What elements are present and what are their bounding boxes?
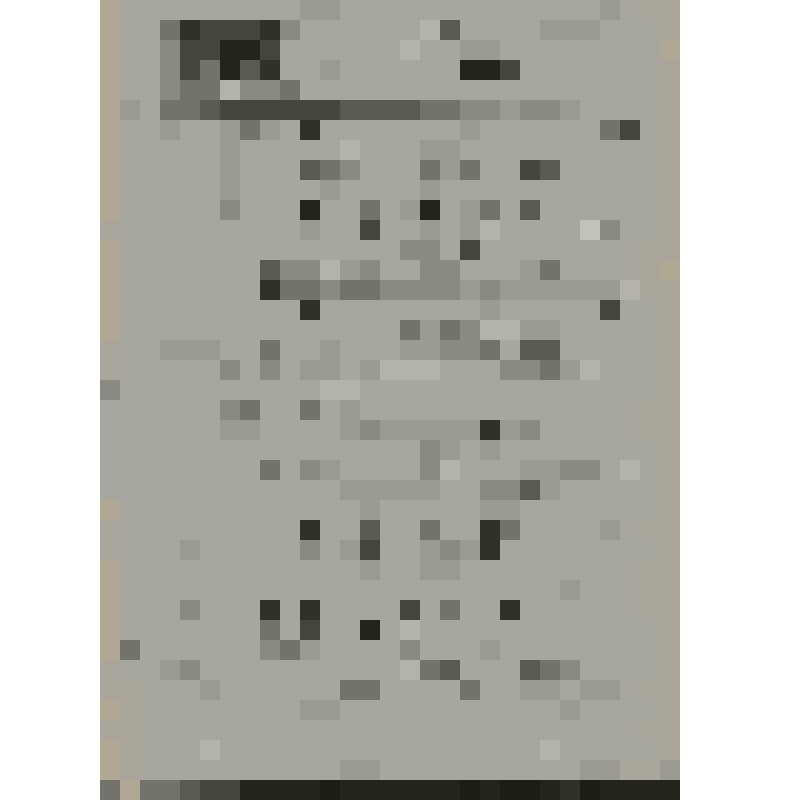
- pixel-cell: [580, 120, 600, 140]
- pixel-cell: [660, 420, 680, 440]
- pixel-cell: [380, 500, 400, 520]
- pixel-cell: [640, 520, 660, 540]
- pixel-row: [100, 0, 680, 20]
- pixel-cell: [660, 600, 680, 620]
- pixel-cell: [200, 300, 220, 320]
- pixel-cell: [260, 380, 280, 400]
- pixel-cell: [100, 320, 120, 340]
- pixel-cell: [240, 40, 260, 60]
- pixel-cell: [400, 200, 420, 220]
- pixel-cell: [260, 240, 280, 260]
- pixel-cell: [120, 460, 140, 480]
- pixel-cell: [320, 660, 340, 680]
- pixel-cell: [160, 80, 180, 100]
- pixel-cell: [420, 120, 440, 140]
- pixel-cell: [100, 620, 120, 640]
- pixel-cell: [280, 620, 300, 640]
- pixel-cell: [640, 320, 660, 340]
- pixel-cell: [640, 740, 660, 760]
- pixel-cell: [500, 780, 520, 800]
- pixel-cell: [540, 680, 560, 700]
- pixel-cell: [220, 460, 240, 480]
- pixel-cell: [480, 440, 500, 460]
- pixel-cell: [600, 240, 620, 260]
- pixel-cell: [160, 220, 180, 240]
- pixel-cell: [600, 620, 620, 640]
- pixel-cell: [520, 420, 540, 440]
- pixel-cell: [440, 420, 460, 440]
- pixel-cell: [300, 520, 320, 540]
- pixel-cell: [160, 40, 180, 60]
- pixel-cell: [120, 0, 140, 20]
- pixel-cell: [280, 200, 300, 220]
- pixel-cell: [360, 580, 380, 600]
- pixel-cell: [560, 740, 580, 760]
- pixel-cell: [380, 380, 400, 400]
- pixel-cell: [100, 760, 120, 780]
- pixel-cell: [400, 500, 420, 520]
- pixel-cell: [220, 120, 240, 140]
- pixel-cell: [200, 400, 220, 420]
- pixel-cell: [560, 260, 580, 280]
- pixel-cell: [120, 420, 140, 440]
- pixel-cell: [140, 240, 160, 260]
- pixel-cell: [440, 340, 460, 360]
- pixel-cell: [580, 500, 600, 520]
- pixel-cell: [380, 640, 400, 660]
- pixel-cell: [200, 180, 220, 200]
- pixel-cell: [420, 140, 440, 160]
- pixel-cell: [300, 340, 320, 360]
- pixel-cell: [120, 180, 140, 200]
- pixel-cell: [500, 560, 520, 580]
- pixel-cell: [160, 160, 180, 180]
- pixel-cell: [620, 360, 640, 380]
- pixel-cell: [660, 0, 680, 20]
- pixel-cell: [420, 760, 440, 780]
- pixel-cell: [360, 340, 380, 360]
- pixel-cell: [280, 100, 300, 120]
- pixel-cell: [380, 0, 400, 20]
- pixel-cell: [600, 580, 620, 600]
- pixel-cell: [380, 20, 400, 40]
- pixel-cell: [580, 80, 600, 100]
- pixel-cell: [160, 240, 180, 260]
- pixel-cell: [380, 460, 400, 480]
- pixel-cell: [360, 540, 380, 560]
- pixel-cell: [100, 700, 120, 720]
- pixel-cell: [460, 420, 480, 440]
- pixel-cell: [180, 580, 200, 600]
- pixel-cell: [620, 340, 640, 360]
- pixel-cell: [460, 240, 480, 260]
- pixel-cell: [400, 40, 420, 60]
- pixel-cell: [300, 780, 320, 800]
- pixel-cell: [620, 720, 640, 740]
- pixel-cell: [180, 100, 200, 120]
- pixel-cell: [460, 340, 480, 360]
- pixel-cell: [400, 0, 420, 20]
- pixel-cell: [660, 580, 680, 600]
- pixel-cell: [420, 420, 440, 440]
- pixel-cell: [640, 480, 660, 500]
- pixel-cell: [640, 500, 660, 520]
- pixel-cell: [520, 780, 540, 800]
- pixel-cell: [420, 260, 440, 280]
- pixel-cell: [300, 140, 320, 160]
- pixel-cell: [380, 40, 400, 60]
- pixel-cell: [660, 540, 680, 560]
- pixel-cell: [180, 660, 200, 680]
- pixel-cell: [120, 660, 140, 680]
- pixel-cell: [620, 480, 640, 500]
- pixel-cell: [460, 680, 480, 700]
- pixel-cell: [120, 60, 140, 80]
- pixel-cell: [320, 400, 340, 420]
- pixel-cell: [400, 680, 420, 700]
- pixel-cell: [320, 180, 340, 200]
- pixel-cell: [180, 120, 200, 140]
- pixel-cell: [540, 700, 560, 720]
- pixel-cell: [300, 700, 320, 720]
- pixel-cell: [340, 340, 360, 360]
- pixel-cell: [520, 60, 540, 80]
- pixel-cell: [120, 20, 140, 40]
- pixel-cell: [280, 400, 300, 420]
- pixel-cell: [640, 160, 660, 180]
- pixel-cell: [320, 200, 340, 220]
- pixel-cell: [220, 240, 240, 260]
- pixel-cell: [260, 20, 280, 40]
- pixel-cell: [620, 400, 640, 420]
- pixel-row: [100, 460, 680, 480]
- pixel-cell: [340, 560, 360, 580]
- pixel-cell: [360, 220, 380, 240]
- pixel-cell: [420, 720, 440, 740]
- pixel-cell: [640, 400, 660, 420]
- pixel-cell: [320, 300, 340, 320]
- pixel-cell: [240, 400, 260, 420]
- pixel-cell: [220, 600, 240, 620]
- pixel-cell: [400, 480, 420, 500]
- pixel-cell: [200, 340, 220, 360]
- pixel-cell: [580, 380, 600, 400]
- pixel-cell: [100, 520, 120, 540]
- pixel-cell: [200, 100, 220, 120]
- pixel-cell: [460, 440, 480, 460]
- pixel-cell: [280, 440, 300, 460]
- pixel-cell: [640, 140, 660, 160]
- pixel-cell: [600, 480, 620, 500]
- pixel-cell: [260, 620, 280, 640]
- pixel-cell: [220, 540, 240, 560]
- pixel-cell: [140, 420, 160, 440]
- pixel-row: [100, 300, 680, 320]
- pixel-cell: [560, 160, 580, 180]
- pixel-cell: [580, 420, 600, 440]
- pixel-cell: [640, 300, 660, 320]
- pixel-cell: [520, 120, 540, 140]
- pixel-cell: [360, 700, 380, 720]
- pixel-cell: [460, 560, 480, 580]
- pixel-cell: [400, 560, 420, 580]
- pixel-cell: [140, 400, 160, 420]
- pixel-cell: [360, 440, 380, 460]
- pixel-cell: [360, 140, 380, 160]
- pixel-cell: [220, 500, 240, 520]
- pixel-cell: [120, 280, 140, 300]
- pixel-cell: [600, 420, 620, 440]
- pixel-cell: [460, 120, 480, 140]
- pixel-cell: [660, 520, 680, 540]
- pixel-cell: [140, 40, 160, 60]
- pixel-cell: [520, 100, 540, 120]
- pixel-cell: [520, 320, 540, 340]
- pixel-cell: [160, 740, 180, 760]
- pixel-cell: [580, 140, 600, 160]
- pixel-cell: [120, 400, 140, 420]
- pixel-cell: [300, 720, 320, 740]
- pixel-cell: [260, 700, 280, 720]
- pixel-cell: [480, 60, 500, 80]
- pixel-cell: [480, 100, 500, 120]
- pixel-cell: [160, 0, 180, 20]
- pixel-cell: [340, 140, 360, 160]
- pixel-cell: [460, 600, 480, 620]
- pixel-cell: [600, 740, 620, 760]
- pixel-cell: [280, 340, 300, 360]
- pixel-cell: [100, 260, 120, 280]
- pixel-cell: [400, 80, 420, 100]
- pixel-cell: [360, 180, 380, 200]
- pixel-row: [100, 260, 680, 280]
- pixel-cell: [280, 600, 300, 620]
- pixel-cell: [420, 200, 440, 220]
- pixel-cell: [440, 0, 460, 20]
- pixel-cell: [520, 220, 540, 240]
- pixel-cell: [460, 220, 480, 240]
- pixel-cell: [120, 340, 140, 360]
- pixel-cell: [380, 80, 400, 100]
- pixel-cell: [600, 80, 620, 100]
- pixel-cell: [160, 380, 180, 400]
- pixel-cell: [460, 780, 480, 800]
- pixel-cell: [120, 40, 140, 60]
- pixel-cell: [400, 320, 420, 340]
- pixel-cell: [580, 340, 600, 360]
- pixel-cell: [220, 140, 240, 160]
- pixel-cell: [380, 520, 400, 540]
- pixel-cell: [200, 440, 220, 460]
- pixel-cell: [420, 100, 440, 120]
- pixel-cell: [260, 540, 280, 560]
- pixel-cell: [140, 520, 160, 540]
- pixel-cell: [260, 460, 280, 480]
- pixel-cell: [240, 760, 260, 780]
- pixel-cell: [600, 360, 620, 380]
- pixel-cell: [100, 360, 120, 380]
- pixel-cell: [240, 20, 260, 40]
- pixel-cell: [620, 180, 640, 200]
- pixel-cell: [520, 0, 540, 20]
- pixel-cell: [380, 600, 400, 620]
- pixel-cell: [640, 240, 660, 260]
- pixel-cell: [300, 200, 320, 220]
- pixel-cell: [480, 600, 500, 620]
- pixel-cell: [100, 600, 120, 620]
- pixel-cell: [600, 100, 620, 120]
- pixel-cell: [440, 700, 460, 720]
- pixel-cell: [320, 60, 340, 80]
- pixel-cell: [120, 700, 140, 720]
- pixel-cell: [100, 20, 120, 40]
- pixel-cell: [320, 380, 340, 400]
- pixel-cell: [560, 400, 580, 420]
- pixel-cell: [520, 40, 540, 60]
- pixel-cell: [280, 480, 300, 500]
- pixel-cell: [220, 640, 240, 660]
- pixel-cell: [480, 300, 500, 320]
- pixel-cell: [300, 40, 320, 60]
- pixel-cell: [280, 80, 300, 100]
- pixel-row: [100, 140, 680, 160]
- pixel-cell: [260, 600, 280, 620]
- pixel-cell: [600, 340, 620, 360]
- pixel-cell: [100, 220, 120, 240]
- pixel-cell: [260, 400, 280, 420]
- pixel-cell: [600, 380, 620, 400]
- pixel-cell: [140, 540, 160, 560]
- pixel-cell: [140, 60, 160, 80]
- pixel-cell: [280, 140, 300, 160]
- pixel-cell: [400, 780, 420, 800]
- pixel-cell: [480, 700, 500, 720]
- pixel-cell: [160, 520, 180, 540]
- pixel-cell: [180, 280, 200, 300]
- pixel-cell: [360, 260, 380, 280]
- pixel-cell: [340, 100, 360, 120]
- pixel-cell: [340, 420, 360, 440]
- pixel-cell: [520, 640, 540, 660]
- pixel-cell: [480, 340, 500, 360]
- pixel-cell: [500, 80, 520, 100]
- pixel-cell: [420, 660, 440, 680]
- pixel-cell: [200, 20, 220, 40]
- pixel-cell: [100, 160, 120, 180]
- pixel-cell: [640, 620, 660, 640]
- pixel-cell: [220, 680, 240, 700]
- pixel-cell: [480, 80, 500, 100]
- pixel-cell: [180, 240, 200, 260]
- pixel-cell: [440, 380, 460, 400]
- pixel-cell: [240, 380, 260, 400]
- pixel-cell: [460, 20, 480, 40]
- pixel-cell: [100, 280, 120, 300]
- pixel-cell: [320, 220, 340, 240]
- pixel-cell: [200, 620, 220, 640]
- pixel-cell: [420, 680, 440, 700]
- pixel-cell: [340, 500, 360, 520]
- pixel-cell: [360, 760, 380, 780]
- pixel-cell: [460, 60, 480, 80]
- pixel-cell: [500, 480, 520, 500]
- pixel-cell: [440, 220, 460, 240]
- pixel-cell: [460, 140, 480, 160]
- pixel-cell: [320, 100, 340, 120]
- pixel-cell: [660, 680, 680, 700]
- pixel-cell: [300, 740, 320, 760]
- pixel-cell: [640, 700, 660, 720]
- pixel-cell: [400, 260, 420, 280]
- pixel-cell: [480, 480, 500, 500]
- pixel-cell: [280, 500, 300, 520]
- pixel-cell: [480, 640, 500, 660]
- pixel-cell: [260, 720, 280, 740]
- pixel-cell: [640, 0, 660, 20]
- pixel-cell: [200, 660, 220, 680]
- pixel-cell: [260, 680, 280, 700]
- pixel-cell: [320, 460, 340, 480]
- pixel-cell: [580, 300, 600, 320]
- pixel-cell: [280, 520, 300, 540]
- pixel-cell: [480, 200, 500, 220]
- pixel-cell: [620, 240, 640, 260]
- pixel-cell: [160, 280, 180, 300]
- pixel-cell: [540, 160, 560, 180]
- pixel-cell: [640, 200, 660, 220]
- pixel-cell: [660, 460, 680, 480]
- pixel-cell: [540, 380, 560, 400]
- pixel-cell: [380, 440, 400, 460]
- pixel-cell: [100, 400, 120, 420]
- pixel-cell: [140, 640, 160, 660]
- pixel-cell: [220, 720, 240, 740]
- pixel-cell: [500, 680, 520, 700]
- pixel-cell: [120, 540, 140, 560]
- pixel-cell: [420, 220, 440, 240]
- pixel-cell: [300, 440, 320, 460]
- pixel-cell: [240, 420, 260, 440]
- pixel-cell: [620, 660, 640, 680]
- pixel-cell: [260, 640, 280, 660]
- pixel-cell: [280, 580, 300, 600]
- pixel-cell: [240, 520, 260, 540]
- pixel-cell: [100, 340, 120, 360]
- pixel-cell: [320, 360, 340, 380]
- pixel-cell: [240, 240, 260, 260]
- pixel-cell: [160, 760, 180, 780]
- pixel-cell: [320, 480, 340, 500]
- pixel-cell: [600, 0, 620, 20]
- pixel-cell: [220, 160, 240, 180]
- pixel-cell: [540, 500, 560, 520]
- pixel-cell: [460, 200, 480, 220]
- pixel-cell: [180, 720, 200, 740]
- pixel-cell: [360, 520, 380, 540]
- pixel-cell: [660, 300, 680, 320]
- pixel-cell: [420, 20, 440, 40]
- pixel-cell: [560, 600, 580, 620]
- pixel-cell: [220, 40, 240, 60]
- pixel-cell: [180, 780, 200, 800]
- pixel-cell: [600, 700, 620, 720]
- pixel-cell: [180, 200, 200, 220]
- pixel-cell: [260, 60, 280, 80]
- pixel-cell: [440, 620, 460, 640]
- pixel-cell: [200, 60, 220, 80]
- pixel-cell: [620, 380, 640, 400]
- pixel-cell: [560, 100, 580, 120]
